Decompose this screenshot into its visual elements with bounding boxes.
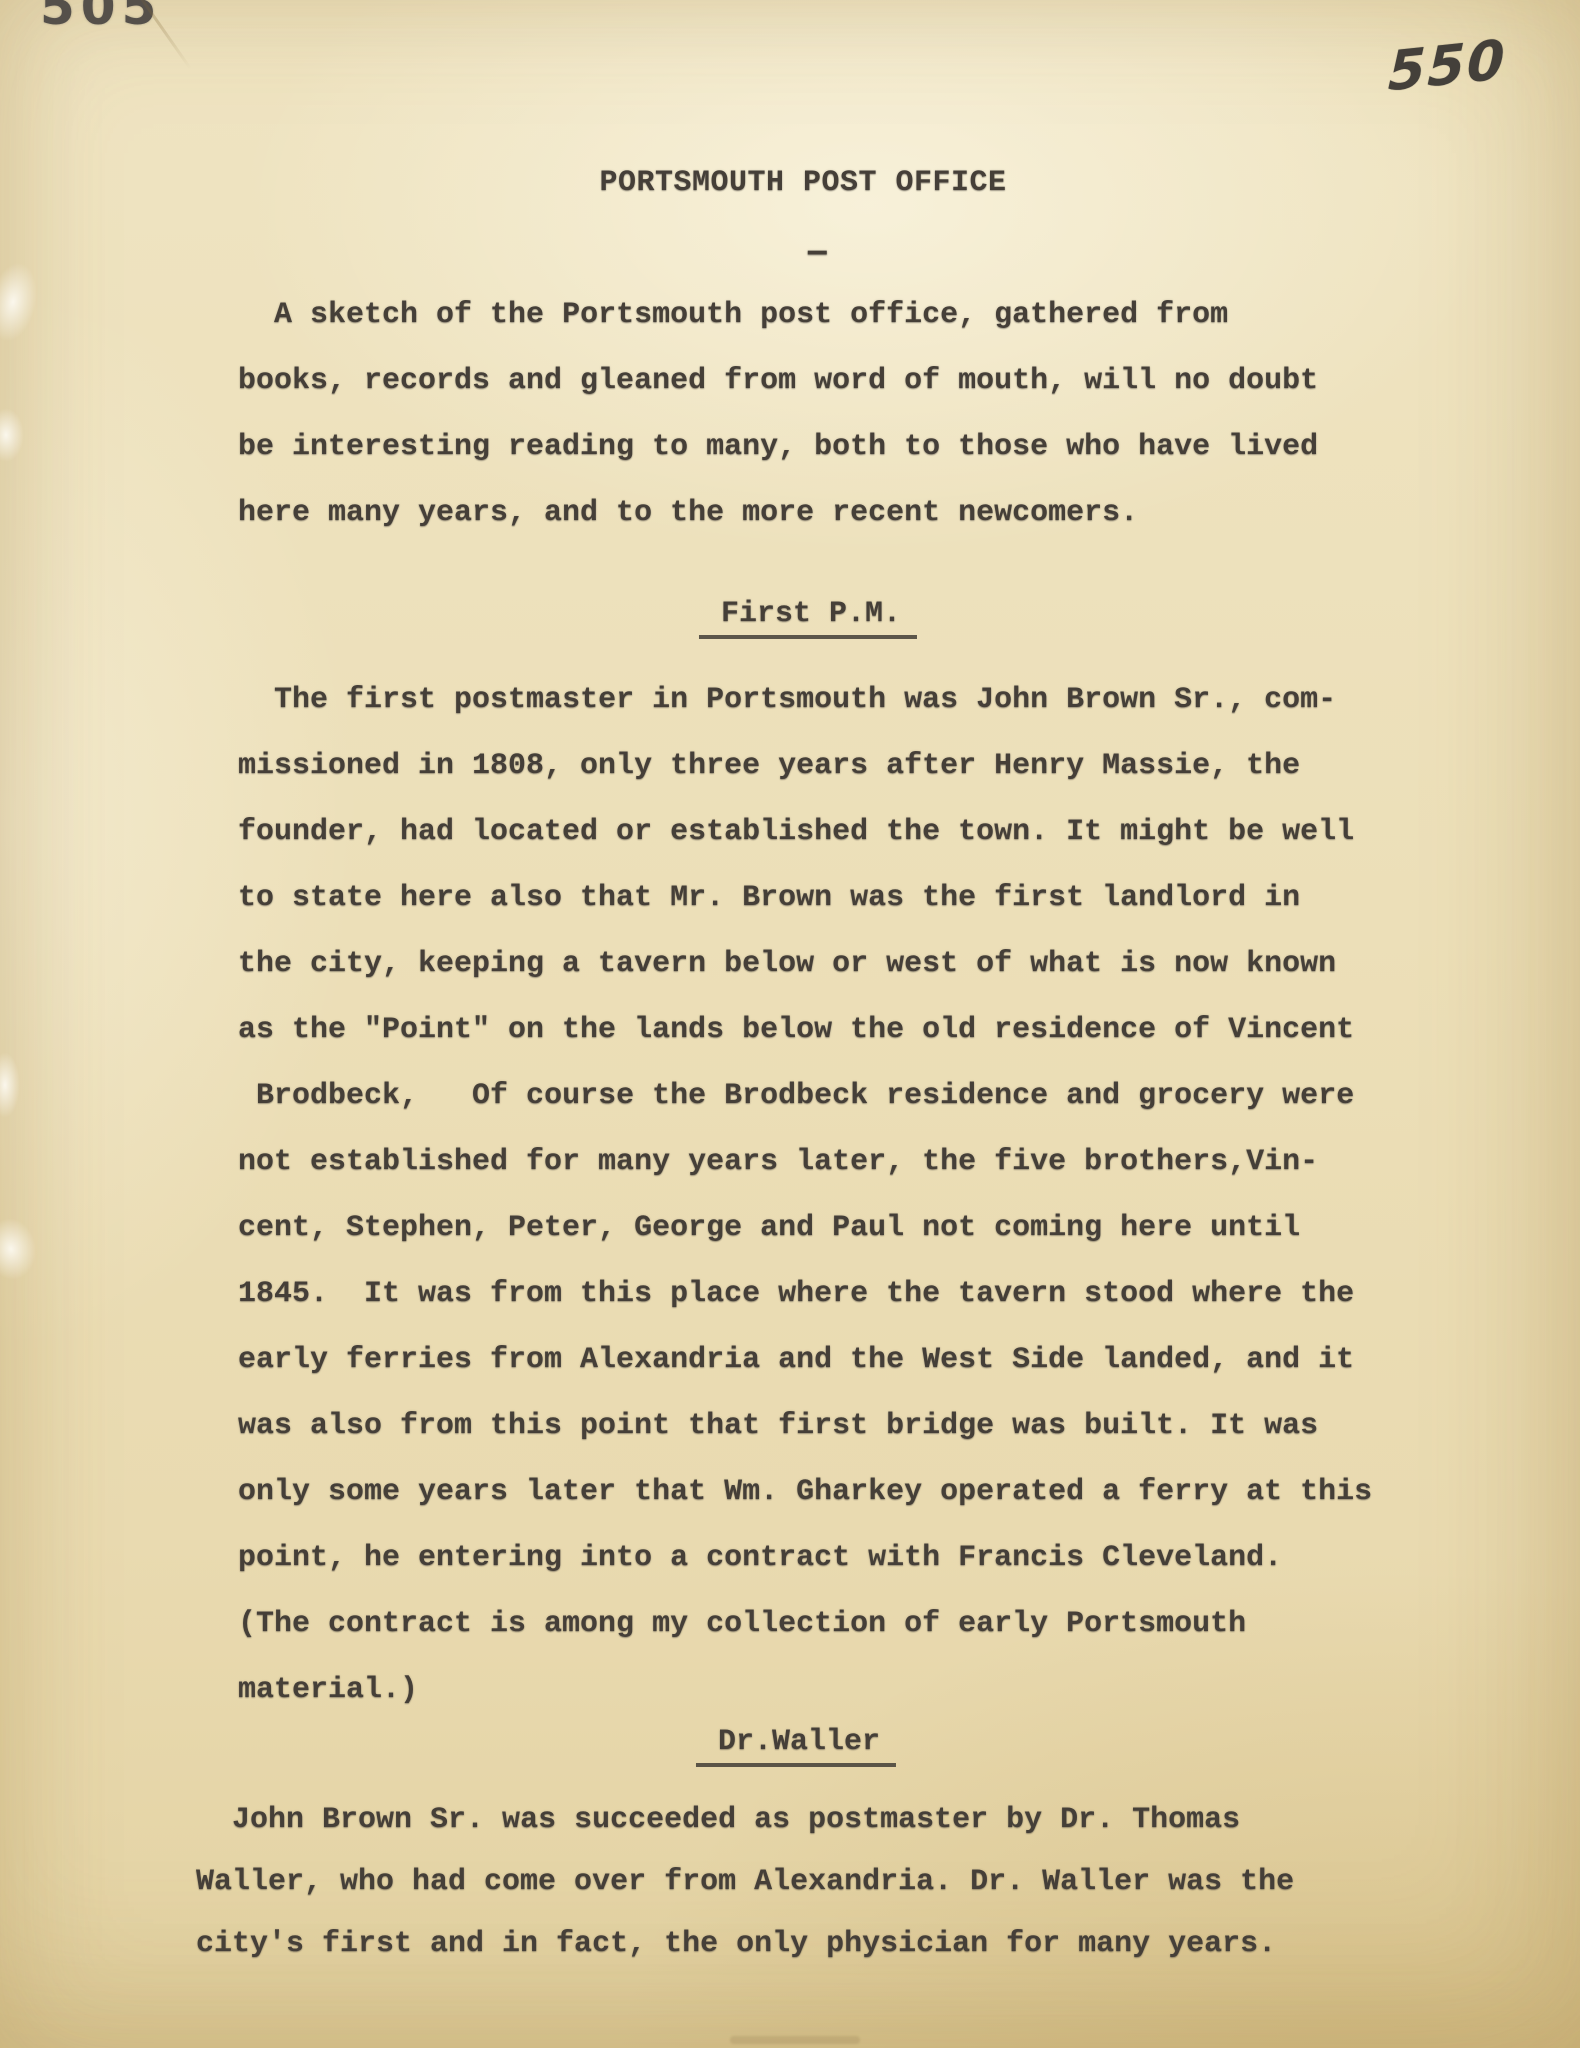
paper-smudge [730, 2036, 860, 2044]
section-heading-first-pm: First P.M. [699, 596, 917, 639]
paper-tear-spot [0, 1052, 20, 1118]
document-page: 505 550 PORTSMOUTH POST OFFICE - A sketc… [0, 0, 1580, 2048]
paper-tear-spot [0, 258, 44, 346]
intro-paragraph: A sketch of the Portsmouth post office, … [238, 282, 1438, 546]
dr-waller-paragraph: John Brown Sr. was succeeded as postmast… [196, 1789, 1436, 1975]
paper-tear-spot [0, 1215, 40, 1283]
title-dash: - [0, 236, 1580, 270]
first-pm-paragraph: The first postmaster in Portsmouth was J… [238, 667, 1438, 1723]
document-title: PORTSMOUTH POST OFFICE [0, 163, 1580, 203]
paper-tear-spot [0, 408, 24, 462]
handwritten-page-number: 550 [1387, 28, 1507, 104]
section-heading-dr-waller: Dr.Waller [696, 1724, 896, 1767]
